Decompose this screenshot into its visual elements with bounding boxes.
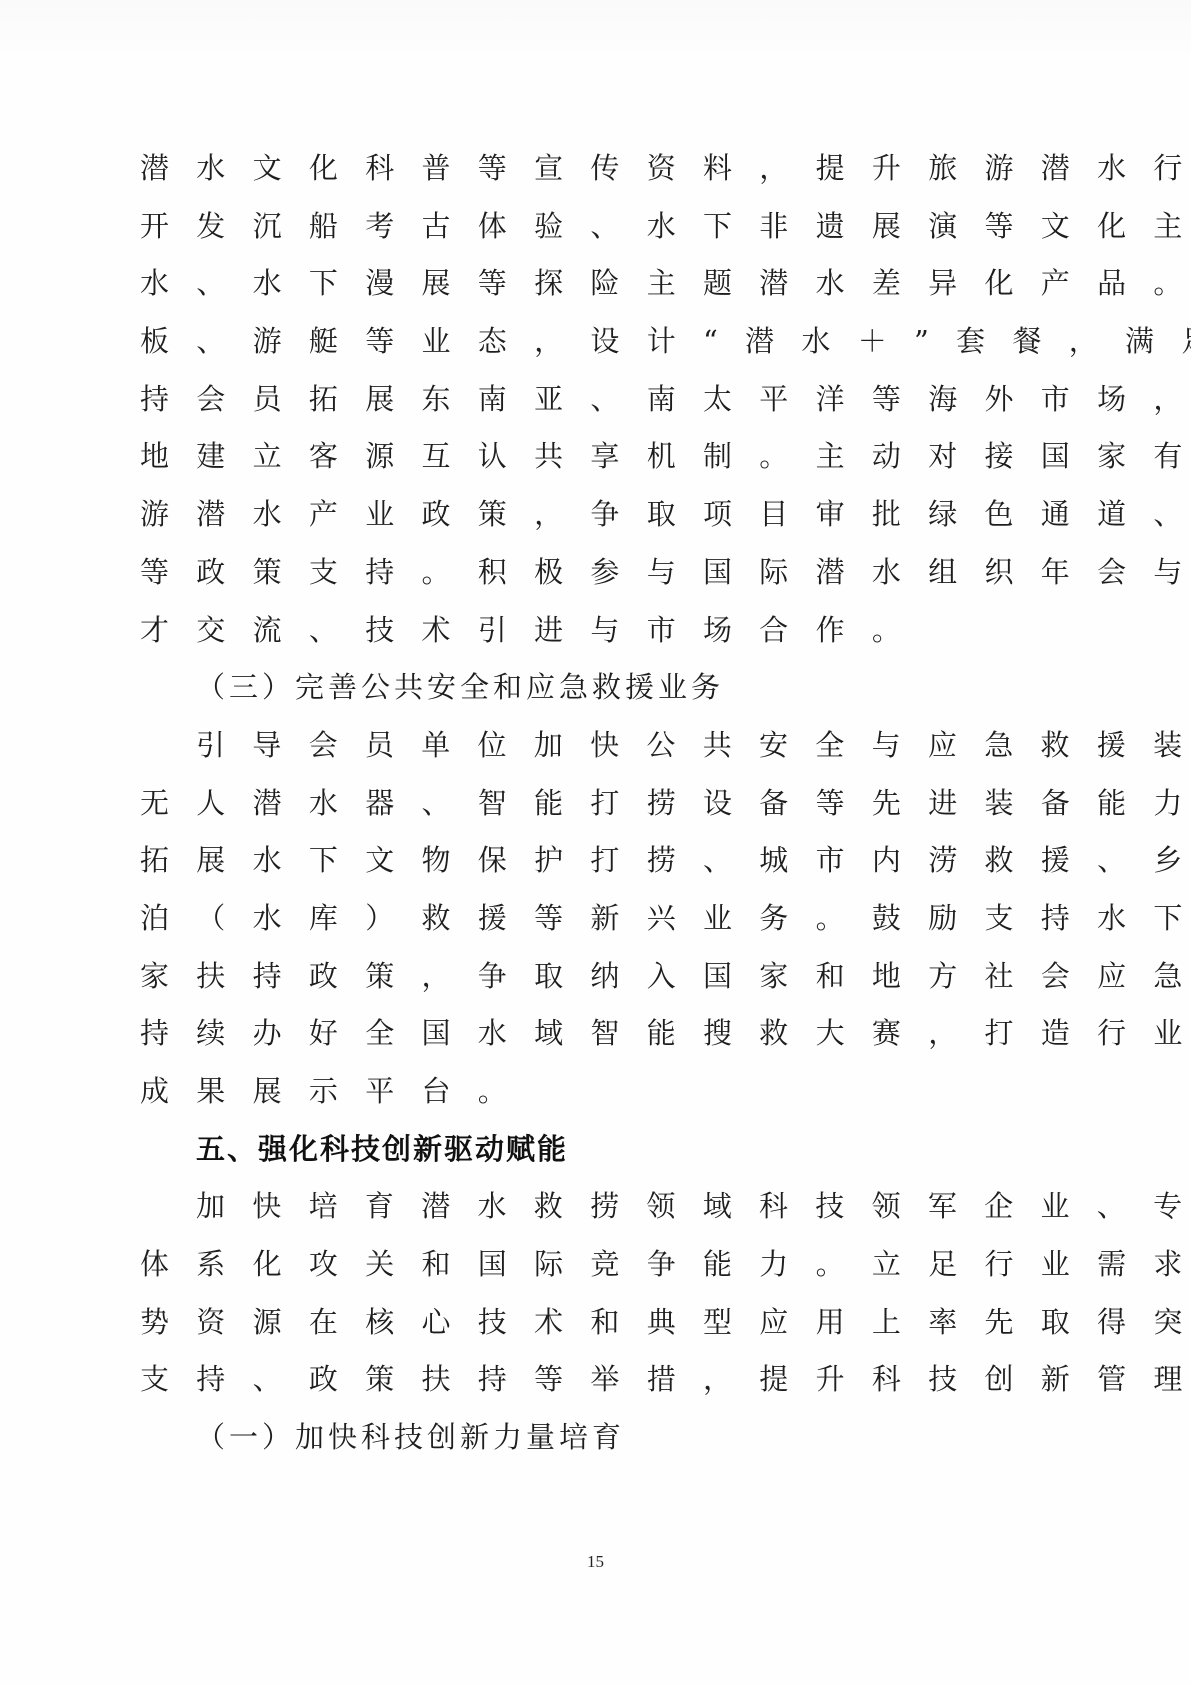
subheading-tech-cultivation: （一）加快科技创新力量培育 (140, 1409, 1000, 1467)
text-line: 开发沉船考古体验、水下非遗展演等文化主题潜水，以及洞穴潜 (140, 198, 1000, 256)
text-line: 才交流、技术引进与市场合作。 (140, 602, 1000, 660)
document-page: 潜水文化科普等宣传资料，提升旅游潜水行业曝光度与吸引力。 开发沉船考古体验、水下… (0, 0, 1191, 1685)
text-line: 地建立客源互认共享机制。主动对接国家有关部门，参与制定旅 (140, 428, 1000, 486)
text-line: 体系化攻关和国际竞争能力。立足行业需求和技术发展，集中优 (140, 1236, 1000, 1294)
text-line: 无人潜水器、智能打捞设备等先进装备能力建设，提升救援效能。 (140, 775, 1000, 833)
text-line: 板、游艇等业态，设计“潜水＋”套餐，满足多元消费需求。支 (140, 313, 1000, 371)
text-line: 引导会员单位加快公共安全与应急救援装备更新改造，推广 (140, 717, 1000, 775)
paragraph-continued: 潜水文化科普等宣传资料，提升旅游潜水行业曝光度与吸引力。 开发沉船考古体验、水下… (140, 140, 1000, 659)
text-line: 持会员拓展东南亚、南太平洋等海外市场，与国际热门潜水目的 (140, 371, 1000, 429)
page-body: 潜水文化科普等宣传资料，提升旅游潜水行业曝光度与吸引力。 开发沉船考古体验、水下… (140, 140, 1000, 1467)
text-line: 成果展示平台。 (140, 1063, 1000, 1121)
text-line: 家扶持政策，争取纳入国家和地方社会应急力量体系一体化建设。 (140, 948, 1000, 1006)
subheading-public-safety: （三）完善公共安全和应急救援业务 (140, 659, 1000, 717)
text-line: 持续办好全国水域智能搜救大赛，打造行业切磋技艺、科技创新、 (140, 1005, 1000, 1063)
text-line: 势资源在核心技术和典型应用上率先取得突破。争取多层次资金 (140, 1294, 1000, 1352)
text-line: 游潜水产业政策，争取项目审批绿色通道、税收减免、财政补贴 (140, 486, 1000, 544)
text-line: 泊（水库）救援等新兴业务。鼓励支持水下应急救援队伍用好国 (140, 890, 1000, 948)
paragraph-public-safety: 引导会员单位加快公共安全与应急救援装备更新改造，推广 无人潜水器、智能打捞设备等… (140, 717, 1000, 1121)
section-heading-tech-innovation: 五、强化科技创新驱动赋能 (140, 1121, 1000, 1179)
text-line: 支持、政策扶持等举措，提升科技创新管理服务水平。 (140, 1351, 1000, 1409)
scan-artifact (0, 0, 1191, 60)
text-line: 加快培育潜水救捞领域科技领军企业、专精特新企业，增强 (140, 1178, 1000, 1236)
text-line: 拓展水下文物保护打捞、城市内涝救援、乡村河道抢险、大型湖 (140, 832, 1000, 890)
text-line: 水、水下漫展等探险主题潜水差异化产品。联合海钓、冲浪、浆 (140, 255, 1000, 313)
paragraph-tech-innovation: 加快培育潜水救捞领域科技领军企业、专精特新企业，增强 体系化攻关和国际竞争能力。… (140, 1178, 1000, 1409)
page-number: 15 (0, 1552, 1191, 1572)
text-line: 等政策支持。积极参与国际潜水组织年会与技术研讨会，加强人 (140, 544, 1000, 602)
text-line: 潜水文化科普等宣传资料，提升旅游潜水行业曝光度与吸引力。 (140, 140, 1000, 198)
